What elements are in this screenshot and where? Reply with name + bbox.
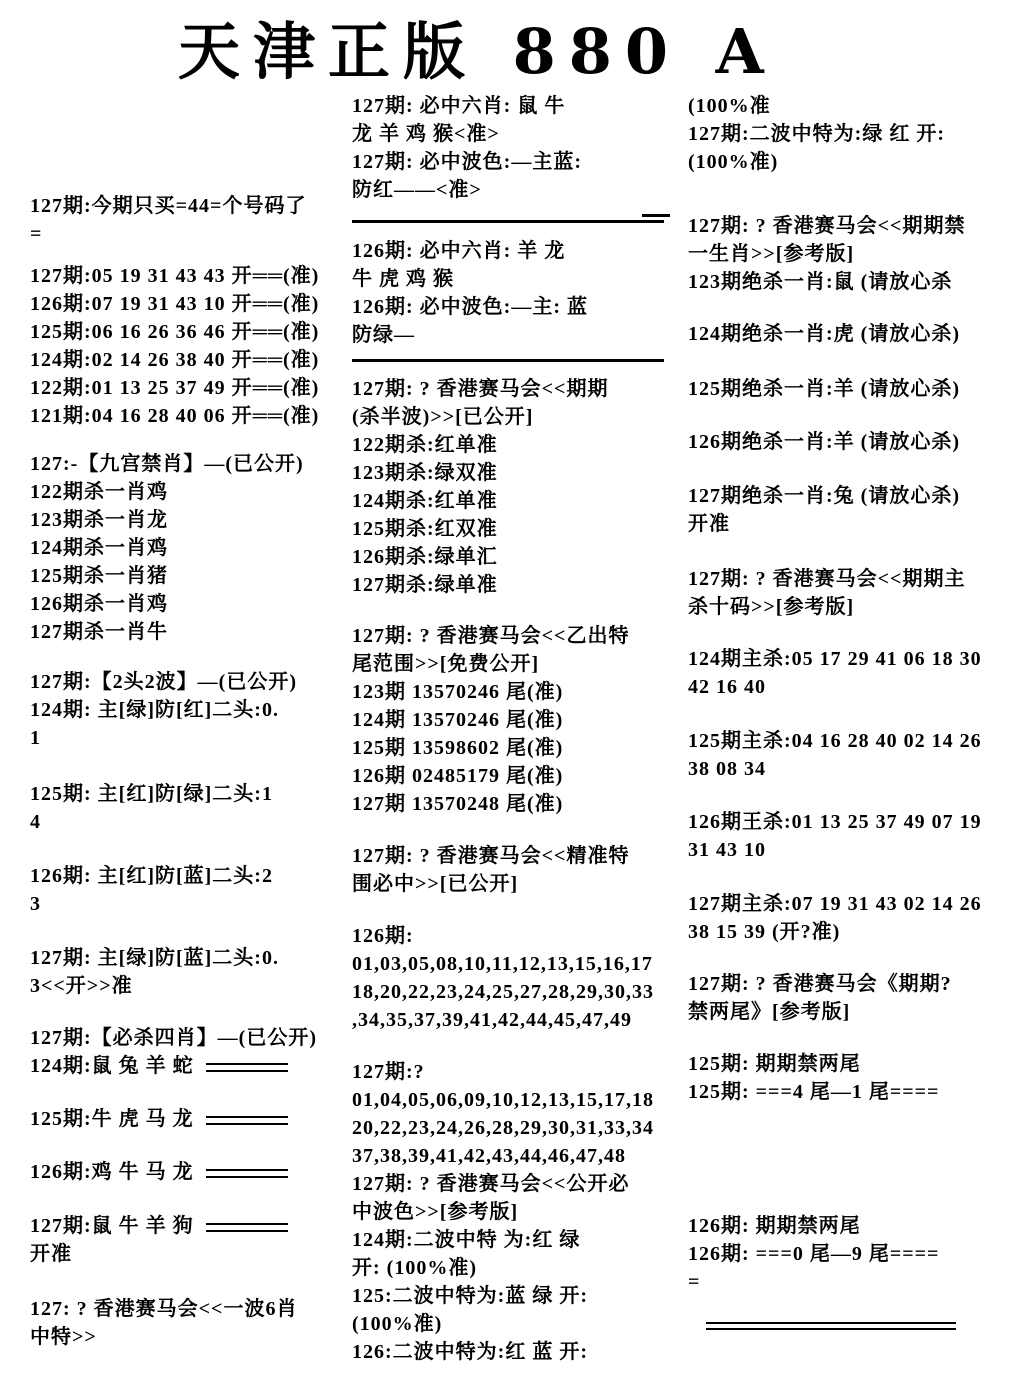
text-block: 127期:今期只买=44=个号码了= bbox=[30, 192, 352, 248]
text-line: 126期: ===0 尾—9 尾==== bbox=[688, 1240, 1018, 1268]
column-left: 127期:今期只买=44=个号码了=127期:05 19 31 43 43 开═… bbox=[30, 192, 352, 1351]
text-block: 127期: ? 香港赛马会<<期期主杀十码>>[参考版] bbox=[688, 565, 1018, 621]
text-line: 127期:今期只买=44=个号码了 bbox=[30, 192, 352, 220]
text-block: 127期:鼠 牛 羊 狗开准 bbox=[30, 1212, 352, 1268]
text-line: 126期: bbox=[352, 922, 664, 950]
text-line: 124期绝杀一肖:虎 (请放心杀) bbox=[688, 320, 1018, 348]
text-line: 127期: 主[绿]防[蓝]二头:0. bbox=[30, 944, 352, 972]
text-line: 杀十码>>[参考版] bbox=[688, 593, 1018, 621]
text-line: 中特>> bbox=[30, 1323, 352, 1351]
text-line: 127期: ? 香港赛马会<<公开必 bbox=[352, 1170, 664, 1198]
text-block: 127期: 必中六肖: 鼠 牛龙 羊 鸡 猴<准>127期: 必中波色:—主蓝:… bbox=[352, 92, 664, 204]
text-line: 牛 虎 鸡 猴 bbox=[352, 265, 664, 293]
text-line: 127期: ? 香港赛马会<<期期主 bbox=[688, 565, 1018, 593]
text-line: 126期: 主[红]防[蓝]二头:2 bbox=[30, 862, 352, 890]
text-line: 126期: 期期禁两尾 bbox=[688, 1212, 1018, 1240]
text-line: 127期:二波中特为:绿 红 开: bbox=[688, 120, 1018, 148]
text-block: 127期: ? 香港赛马会<<精准特围必中>>[已公开] bbox=[352, 842, 664, 898]
text-line: 124期: 主[绿]防[红]二头:0. bbox=[30, 696, 352, 724]
text-line: 122期:01 13 25 37 49 开══(准) bbox=[30, 374, 352, 402]
double-underline-mark bbox=[206, 1223, 288, 1232]
text-line: 125期杀:红双准 bbox=[352, 515, 664, 543]
text-block: 126期:01,03,05,08,10,11,12,13,15,16,1718,… bbox=[352, 922, 664, 1034]
text-line: 127期: ? 香港赛马会<<乙出特 bbox=[352, 622, 664, 650]
text-line: 124期主杀:05 17 29 41 06 18 30 bbox=[688, 645, 1018, 673]
text-line: = bbox=[30, 220, 352, 248]
text-line: 124期杀:红单准 bbox=[352, 487, 664, 515]
text-line: 127期主杀:07 19 31 43 02 14 26 bbox=[688, 890, 1018, 918]
page-title: 天津正版 880 A bbox=[178, 2, 818, 91]
text-line: 127期杀:绿单准 bbox=[352, 571, 664, 599]
text-line: (杀半波)>>[已公开] bbox=[352, 403, 664, 431]
text-line: 125期: ===4 尾—1 尾==== bbox=[688, 1078, 1018, 1106]
text-line: 125期主杀:04 16 28 40 02 14 26 bbox=[688, 727, 1018, 755]
text-block: 124期绝杀一肖:虎 (请放心杀) bbox=[688, 320, 1018, 348]
text-line: 127期: ? 香港赛马会<<期期 bbox=[352, 375, 664, 403]
text-block: 127期主杀:07 19 31 43 02 14 2638 15 39 (开?准… bbox=[688, 890, 1018, 946]
text-line: 127期:? bbox=[352, 1058, 664, 1086]
text-line: 127期:05 19 31 43 43 开══(准) bbox=[30, 262, 352, 290]
text-line: 126期杀一肖鸡 bbox=[30, 590, 352, 618]
text-line: 127期: 必中波色:—主蓝: bbox=[352, 148, 664, 176]
divider-line bbox=[352, 359, 664, 362]
text-block: 126期: 主[红]防[蓝]二头:23 bbox=[30, 862, 352, 918]
text-line: (100%准) bbox=[688, 148, 1018, 176]
text-line: 126期 02485179 尾(准) bbox=[352, 762, 664, 790]
text-line: 42 16 40 bbox=[688, 673, 1018, 701]
text-block: 127期: ? 香港赛马会《期期?禁两尾》[参考版] bbox=[688, 970, 1018, 1026]
text-line: 126期:鸡 牛 马 龙 bbox=[30, 1158, 352, 1186]
text-line: 121期:04 16 28 40 06 开══(准) bbox=[30, 402, 352, 430]
text-line: 124期:鼠 兔 羊 蛇 bbox=[30, 1052, 352, 1080]
text-line: 122期杀:红单准 bbox=[352, 431, 664, 459]
text-line: 开: (100%准) bbox=[352, 1254, 664, 1282]
text-block bbox=[352, 359, 664, 362]
text-line: 124期:二波中特 为:红 绿 bbox=[352, 1226, 664, 1254]
text-line: 31 43 10 bbox=[688, 836, 1018, 864]
text-block: 126期: 必中六肖: 羊 龙牛 虎 鸡 猴126期: 必中波色:—主: 蓝防绿… bbox=[352, 237, 664, 349]
divider-line bbox=[706, 1322, 956, 1330]
text-block: 126期: 期期禁两尾126期: ===0 尾—9 尾===== bbox=[688, 1212, 1018, 1296]
text-line: 126期:07 19 31 43 10 开══(准) bbox=[30, 290, 352, 318]
text-block: 127期: ? 香港赛马会<<期期禁一生肖>>[参考版]123期绝杀一肖:鼠 (… bbox=[688, 212, 1018, 296]
text-line: 127期: ? 香港赛马会《期期? bbox=[688, 970, 1018, 998]
text-line: 126期: 必中波色:—主: 蓝 bbox=[352, 293, 664, 321]
text-line: 125期: 期期禁两尾 bbox=[688, 1050, 1018, 1078]
text-line: (100%准 bbox=[688, 92, 1018, 120]
divider-line bbox=[352, 220, 664, 223]
text-block bbox=[688, 1322, 1018, 1330]
text-block: 127: ? 香港赛马会<<一波6肖中特>> bbox=[30, 1295, 352, 1351]
text-line: 125期:06 16 26 36 46 开══(准) bbox=[30, 318, 352, 346]
text-line: 127期杀一肖牛 bbox=[30, 618, 352, 646]
text-line: 126期杀:绿单汇 bbox=[352, 543, 664, 571]
text-line: 3 bbox=[30, 890, 352, 918]
text-line: 127期:鼠 牛 羊 狗 bbox=[30, 1212, 352, 1240]
text-line: (100%准) bbox=[352, 1310, 664, 1338]
text-line: 125期:牛 虎 马 龙 bbox=[30, 1105, 352, 1133]
text-line: 125期: 主[红]防[绿]二头:1 bbox=[30, 780, 352, 808]
text-line: 124期杀一肖鸡 bbox=[30, 534, 352, 562]
text-block: 127期: ? 香港赛马会<<乙出特尾范围>>[免费公开]123期 135702… bbox=[352, 622, 664, 818]
text-line: 125期 13598602 尾(准) bbox=[352, 734, 664, 762]
text-line: 中波色>>[参考版] bbox=[352, 1198, 664, 1226]
text-line: 127:-【九宫禁肖】—(已公开) bbox=[30, 450, 352, 478]
double-underline-mark bbox=[206, 1063, 288, 1072]
text-line: 123期 13570246 尾(准) bbox=[352, 678, 664, 706]
text-line: 127期: 必中六肖: 鼠 牛 bbox=[352, 92, 664, 120]
text-line: 开准 bbox=[30, 1240, 352, 1268]
text-block: 127期: 主[绿]防[蓝]二头:0.3<<开>>准 bbox=[30, 944, 352, 1000]
text-line: 125期绝杀一肖:羊 (请放心杀) bbox=[688, 375, 1018, 403]
text-line: = bbox=[688, 1268, 1018, 1296]
text-block: 125期:牛 虎 马 龙 bbox=[30, 1105, 352, 1133]
text-block: 124期主杀:05 17 29 41 06 18 3042 16 40 bbox=[688, 645, 1018, 701]
double-underline-mark bbox=[206, 1169, 288, 1178]
text-block: 126期:鸡 牛 马 龙 bbox=[30, 1158, 352, 1186]
text-line: 123期杀:绿双准 bbox=[352, 459, 664, 487]
text-line: 01,03,05,08,10,11,12,13,15,16,17 bbox=[352, 950, 664, 978]
text-line: 防红——<准> bbox=[352, 176, 664, 204]
text-block: 127期:05 19 31 43 43 开══(准)126期:07 19 31 … bbox=[30, 262, 352, 430]
text-line: 开准 bbox=[688, 510, 1018, 538]
text-line: 18,20,22,23,24,25,27,28,29,30,33 bbox=[352, 978, 664, 1006]
text-block: 127:-【九宫禁肖】—(已公开)122期杀一肖鸡123期杀一肖龙124期杀一肖… bbox=[30, 450, 352, 646]
text-line: 禁两尾》[参考版] bbox=[688, 998, 1018, 1026]
text-line: 127: ? 香港赛马会<<一波6肖 bbox=[30, 1295, 352, 1323]
column-right: (100%准127期:二波中特为:绿 红 开:(100%准)127期: ? 香港… bbox=[688, 92, 1018, 1330]
text-line: 4 bbox=[30, 808, 352, 836]
double-underline-mark bbox=[206, 1116, 288, 1125]
text-line: 127期: ? 香港赛马会<<精准特 bbox=[352, 842, 664, 870]
page: { "page": { "background": "#ffffff", "in… bbox=[0, 0, 1035, 1388]
text-line: 龙 羊 鸡 猴<准> bbox=[352, 120, 664, 148]
text-block bbox=[352, 220, 664, 223]
text-block: 127期:【2头2波】—(已公开)124期: 主[绿]防[红]二头:0.1 bbox=[30, 668, 352, 752]
text-block: 126期绝杀一肖:羊 (请放心杀) bbox=[688, 428, 1018, 456]
text-line: ,34,35,37,39,41,42,44,45,47,49 bbox=[352, 1006, 664, 1034]
text-line: 126期: 必中六肖: 羊 龙 bbox=[352, 237, 664, 265]
text-line: 38 08 34 bbox=[688, 755, 1018, 783]
text-line: 38 15 39 (开?准) bbox=[688, 918, 1018, 946]
text-line: 125:二波中特为:蓝 绿 开: bbox=[352, 1282, 664, 1310]
text-line: 127期绝杀一肖:兔 (请放心杀) bbox=[688, 482, 1018, 510]
text-line: 124期:02 14 26 38 40 开══(准) bbox=[30, 346, 352, 374]
text-line: 尾范围>>[免费公开] bbox=[352, 650, 664, 678]
text-block: 125期: 主[红]防[绿]二头:14 bbox=[30, 780, 352, 836]
text-line: 127期:【必杀四肖】—(已公开) bbox=[30, 1024, 352, 1052]
text-block: 125期绝杀一肖:羊 (请放心杀) bbox=[688, 375, 1018, 403]
text-line: 126:二波中特为:红 蓝 开: bbox=[352, 1338, 664, 1366]
text-line: 125期杀一肖猪 bbox=[30, 562, 352, 590]
text-line: 防绿— bbox=[352, 321, 664, 349]
text-line: 一生肖>>[参考版] bbox=[688, 240, 1018, 268]
text-line: 127期 13570248 尾(准) bbox=[352, 790, 664, 818]
text-line: 20,22,23,24,26,28,29,30,31,33,34 bbox=[352, 1114, 664, 1142]
text-line: 122期杀一肖鸡 bbox=[30, 478, 352, 506]
text-block: 126期王杀:01 13 25 37 49 07 1931 43 10 bbox=[688, 808, 1018, 864]
text-line: 126期绝杀一肖:羊 (请放心杀) bbox=[688, 428, 1018, 456]
text-line: 126期王杀:01 13 25 37 49 07 19 bbox=[688, 808, 1018, 836]
text-line: 01,04,05,06,09,10,12,13,15,17,18 bbox=[352, 1086, 664, 1114]
text-line: 123期绝杀一肖:鼠 (请放心杀 bbox=[688, 268, 1018, 296]
text-line: 围必中>>[已公开] bbox=[352, 870, 664, 898]
text-block: 127期绝杀一肖:兔 (请放心杀)开准 bbox=[688, 482, 1018, 538]
text-block: 127期:【必杀四肖】—(已公开)124期:鼠 兔 羊 蛇 bbox=[30, 1024, 352, 1080]
text-line: 37,38,39,41,42,43,44,46,47,48 bbox=[352, 1142, 664, 1170]
text-block: 125期主杀:04 16 28 40 02 14 2638 08 34 bbox=[688, 727, 1018, 783]
text-block: 127期: ? 香港赛马会<<期期(杀半波)>>[已公开]122期杀:红单准12… bbox=[352, 375, 664, 599]
column-middle: 127期: 必中六肖: 鼠 牛龙 羊 鸡 猴<准>127期: 必中波色:—主蓝:… bbox=[352, 92, 664, 1366]
text-line: 3<<开>>准 bbox=[30, 972, 352, 1000]
text-line: 124期 13570246 尾(准) bbox=[352, 706, 664, 734]
text-line: 127期: ? 香港赛马会<<期期禁 bbox=[688, 212, 1018, 240]
text-block: 127期:?01,04,05,06,09,10,12,13,15,17,1820… bbox=[352, 1058, 664, 1366]
text-block: (100%准127期:二波中特为:绿 红 开:(100%准) bbox=[688, 92, 1018, 176]
text-line: 1 bbox=[30, 724, 352, 752]
text-line: 123期杀一肖龙 bbox=[30, 506, 352, 534]
text-block: 125期: 期期禁两尾125期: ===4 尾—1 尾==== bbox=[688, 1050, 1018, 1106]
text-line: 127期:【2头2波】—(已公开) bbox=[30, 668, 352, 696]
